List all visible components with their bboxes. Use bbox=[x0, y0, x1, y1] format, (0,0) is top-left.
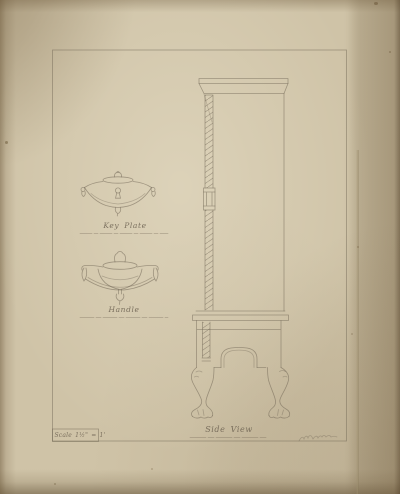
key-plate-drawing bbox=[81, 172, 155, 217]
handle-label: Handle bbox=[80, 305, 168, 314]
border-frame bbox=[53, 50, 347, 441]
artist-signature bbox=[299, 436, 337, 442]
cabinet-side-view-drawing bbox=[191, 79, 289, 419]
scanned-drawing-sheet: Key Plate Handle Side View Scale 1½" = 1… bbox=[0, 0, 400, 494]
cabriole-leg-right bbox=[268, 368, 290, 419]
key-plate-label: Key Plate bbox=[82, 221, 168, 230]
skirt-arch bbox=[214, 348, 266, 368]
side-view-label: Side View bbox=[190, 425, 268, 434]
keyhole bbox=[115, 188, 120, 198]
spiral-column bbox=[204, 94, 216, 310]
pencil-linework bbox=[0, 0, 400, 494]
handle-drawing bbox=[82, 252, 158, 305]
scale-label: Scale 1½" = 1' bbox=[55, 432, 98, 439]
cabriole-leg-left bbox=[191, 368, 214, 419]
